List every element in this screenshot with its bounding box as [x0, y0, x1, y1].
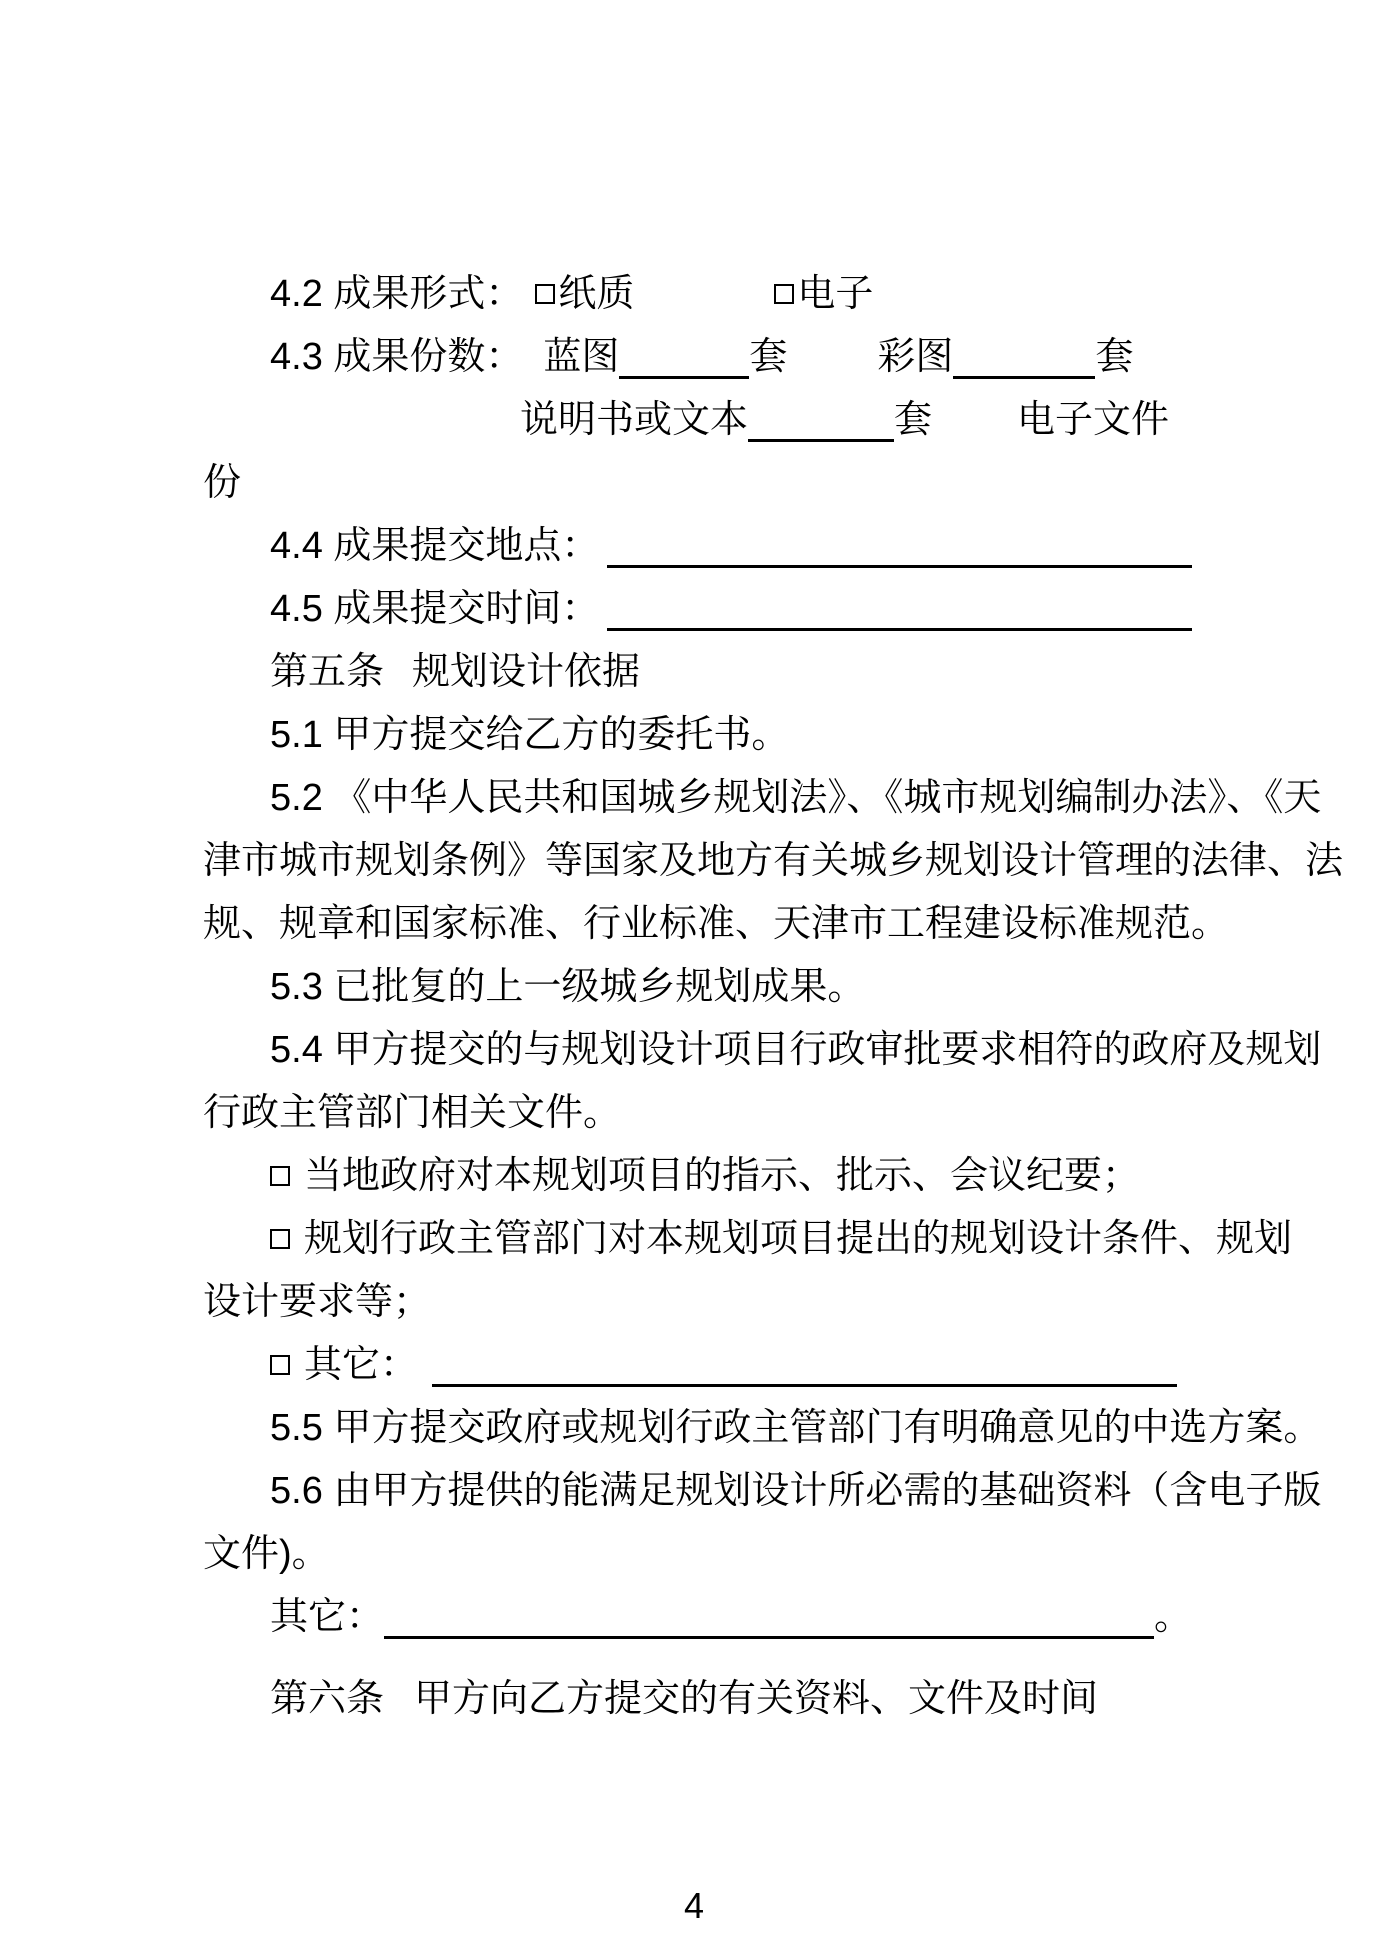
item-admin-text1: 规划行政主管部门对本规划项目提出的规划设计条件、规划: [304, 1218, 1292, 1260]
clause-5-1-line: 5.1 甲方提交给乙方的委托书。: [203, 704, 1185, 767]
clause-5-2-text1: 5.2 《中华人民共和国城乡规划法》、《城市规划编制办法》、《天: [270, 777, 1321, 819]
clause-5-5-line: 5.5 甲方提交政府或规划行政主管部门有明确意见的中选方案。: [203, 1397, 1185, 1460]
option-electronic-label: 电子: [797, 273, 873, 315]
clause-5-3-text: 5.3 已批复的上一级城乡规划成果。: [270, 966, 865, 1008]
option-paper-label: 纸质: [558, 273, 634, 315]
spec-unit: 套: [894, 399, 932, 441]
clause-5-2-line3: 规、规章和国家标准、行业标准、天津市工程建设标准规范。: [203, 893, 1185, 956]
clause-5-6-text2: 文件)。: [203, 1533, 330, 1575]
page-footer: 4: [203, 1878, 1185, 1934]
spec-count-blank[interactable]: [748, 437, 894, 442]
blueprint-count-blank[interactable]: [619, 374, 749, 379]
checkbox-electronic-icon[interactable]: [774, 284, 794, 304]
article-6-num: 第六条: [270, 1678, 384, 1720]
checkbox-admin-icon[interactable]: [270, 1229, 290, 1249]
page-number: 4: [684, 1885, 704, 1926]
item-gov-text: 当地政府对本规划项目的指示、批示、会议纪要；: [304, 1155, 1140, 1197]
clause-5-2-line1: 5.2 《中华人民共和国城乡规划法》、《城市规划编制办法》、《天: [203, 767, 1185, 830]
clause-4-3-cont-line: 说明书或文本套电子文件: [203, 389, 1185, 452]
clause-5-2-line2: 津市城市规划条例》等国家及地方有关城乡规划设计管理的法律、法: [203, 830, 1185, 893]
clause-4-2-label: 4.2 成果形式：: [270, 273, 523, 315]
clause-4-5-label: 4.5 成果提交时间：: [270, 588, 599, 630]
clause-4-2-line: 4.2 成果形式：纸质电子: [203, 263, 1185, 326]
clause-5-1-text: 5.1 甲方提交给乙方的委托书。: [270, 714, 789, 756]
clause-5-6-line2: 文件)。: [203, 1523, 1185, 1586]
clause-5-4-text1: 5.4 甲方提交的与规划设计项目行政审批要求相符的政府及规划: [270, 1029, 1321, 1071]
efile-unit-label: 份: [203, 462, 241, 504]
clause-4-3-cont2-line: 份: [203, 452, 1185, 515]
other-final-blank[interactable]: [384, 1634, 1154, 1639]
article-6-title: 甲方向乙方提交的有关资料、文件及时间: [414, 1678, 1098, 1720]
checkbox-paper-icon[interactable]: [535, 284, 555, 304]
item-other-label: 其它：: [304, 1344, 418, 1386]
article-5-title: 规划设计依据: [412, 651, 640, 693]
delivery-time-blank[interactable]: [607, 626, 1192, 631]
item-admin-line1: 规划行政主管部门对本规划项目提出的规划设计条件、规划: [203, 1208, 1185, 1271]
item-admin-text2: 设计要求等；: [203, 1281, 431, 1323]
colorplot-count-blank[interactable]: [953, 374, 1095, 379]
delivery-place-blank[interactable]: [607, 563, 1192, 568]
other-final-line: 其它：。: [203, 1586, 1185, 1649]
efile-label: 电子文件: [1017, 399, 1169, 441]
clause-4-5-line: 4.5 成果提交时间：: [203, 578, 1185, 641]
clause-4-4-line: 4.4 成果提交地点：: [203, 515, 1185, 578]
clause-4-3-line: 4.3 成果份数：蓝图套彩图套: [203, 326, 1185, 389]
item-gov-line: 当地政府对本规划项目的指示、批示、会议纪要；: [203, 1145, 1185, 1208]
spec-text-label: 说明书或文本: [520, 399, 748, 441]
colorplot-label: 彩图: [877, 336, 953, 378]
checkbox-gov-icon[interactable]: [270, 1166, 290, 1186]
article-5-heading: 第五条规划设计依据: [203, 641, 1185, 704]
clause-5-3-line: 5.3 已批复的上一级城乡规划成果。: [203, 956, 1185, 1019]
clause-5-6-line1: 5.6 由甲方提供的能满足规划设计所必需的基础资料（含电子版: [203, 1460, 1185, 1523]
clause-5-4-line2: 行政主管部门相关文件。: [203, 1082, 1185, 1145]
clause-5-2-text2: 津市城市规划条例》等国家及地方有关城乡规划设计管理的法律、法: [203, 840, 1343, 882]
clause-5-4-text2: 行政主管部门相关文件。: [203, 1092, 621, 1134]
article-6-heading: 第六条甲方向乙方提交的有关资料、文件及时间: [203, 1668, 1185, 1731]
blueprint-unit: 套: [749, 336, 787, 378]
blueprint-label: 蓝图: [543, 336, 619, 378]
item-other-line: 其它：: [203, 1334, 1185, 1397]
clause-4-4-label: 4.4 成果提交地点：: [270, 525, 599, 567]
item-other-blank[interactable]: [432, 1382, 1177, 1387]
document-body: 4.2 成果形式：纸质电子 4.3 成果份数：蓝图套彩图套 说明书或文本套电子文…: [203, 263, 1185, 1731]
document-page: 4.2 成果形式：纸质电子 4.3 成果份数：蓝图套彩图套 说明书或文本套电子文…: [0, 0, 1377, 1947]
clause-4-3-label: 4.3 成果份数：: [270, 336, 523, 378]
clause-5-2-text3: 规、规章和国家标准、行业标准、天津市工程建设标准规范。: [203, 903, 1229, 945]
clause-5-6-text1: 5.6 由甲方提供的能满足规划设计所必需的基础资料（含电子版: [270, 1470, 1321, 1512]
item-admin-line2: 设计要求等；: [203, 1271, 1185, 1334]
other-final-label: 其它：: [270, 1596, 384, 1638]
article-5-num: 第五条: [270, 651, 384, 693]
other-final-period: 。: [1154, 1596, 1192, 1638]
clause-5-5-text: 5.5 甲方提交政府或规划行政主管部门有明确意见的中选方案。: [270, 1407, 1321, 1449]
colorplot-unit: 套: [1095, 336, 1133, 378]
clause-5-4-line1: 5.4 甲方提交的与规划设计项目行政审批要求相符的政府及规划: [203, 1019, 1185, 1082]
checkbox-other-icon[interactable]: [270, 1355, 290, 1375]
